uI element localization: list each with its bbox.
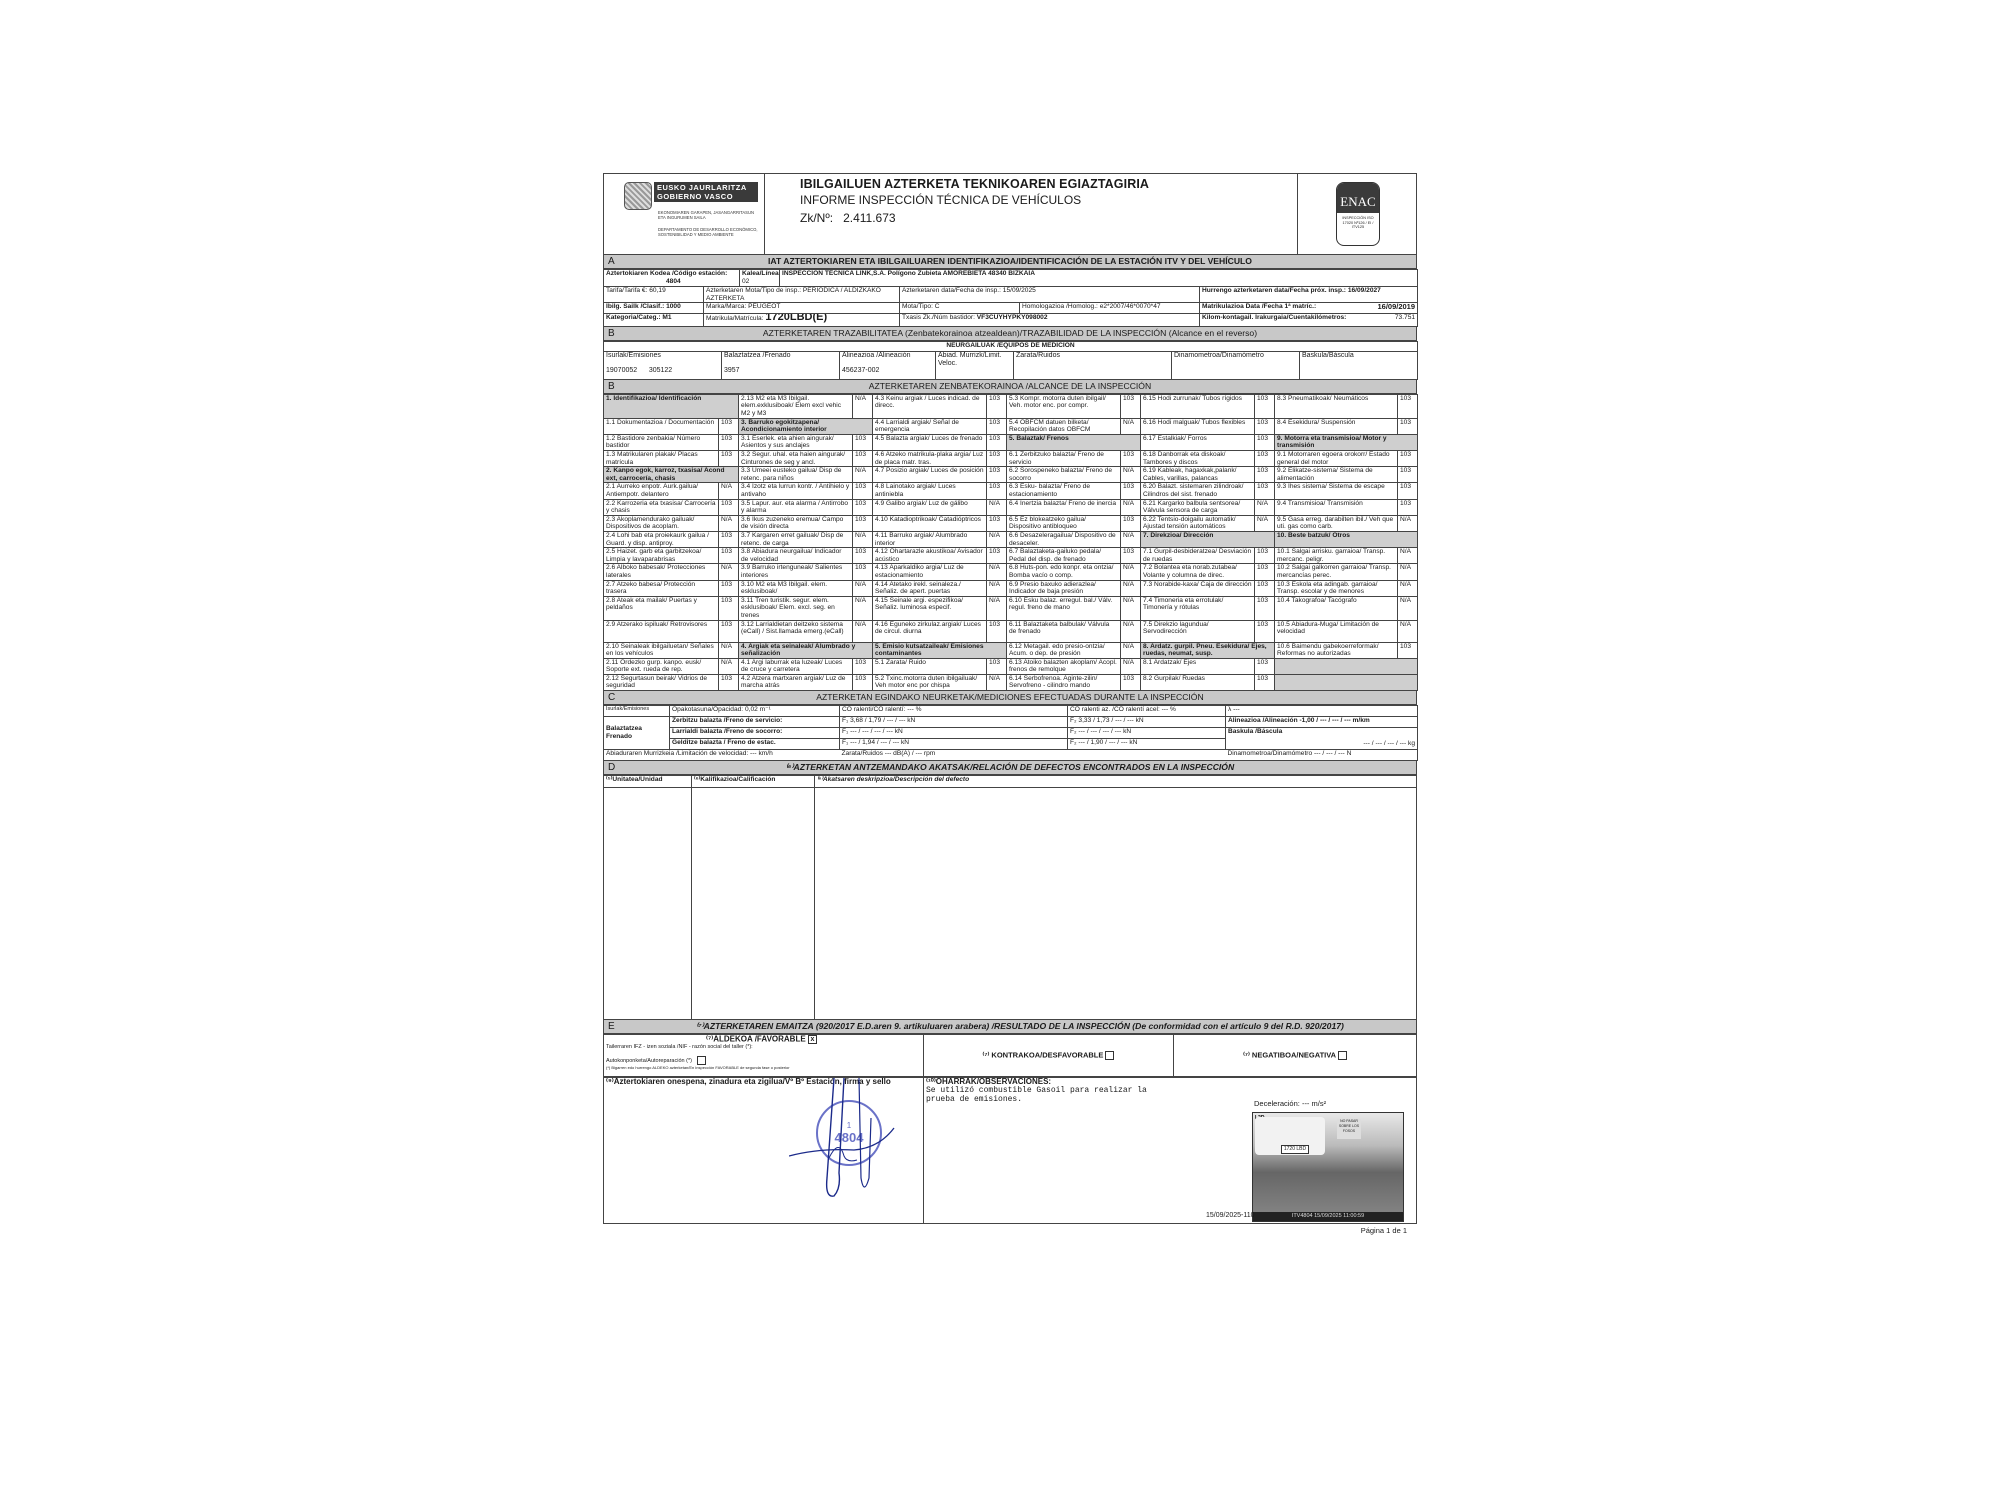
report-title: IBILGAILUEN AZTERKETA TEKNIKOAREN EGIAZT… [765, 174, 1298, 254]
self-repair-checkbox[interactable] [697, 1056, 706, 1065]
scope-item: 5.1 Zarata/ Ruido [873, 658, 987, 674]
scope-item: 3.12 Larrialdietan deitzeko sistema (eCa… [739, 620, 853, 642]
defect-grade-cell [692, 788, 815, 1020]
scope-item: 1.2 Bastidore zenbakia/ Número bastidor [604, 434, 719, 450]
scope-item: 4.15 Seinale argi. espezifikoa/ Señaliz.… [873, 596, 987, 620]
scope-result: 103 [987, 515, 1007, 531]
plate-number: 1720LBD(E) [765, 314, 827, 324]
scope-item: 2.3 Akoplamendurako gailuak/ Dispositivo… [604, 515, 719, 531]
section-a-header: A IAT AZTERTOKIAREN ETA IBILGAILUAREN ID… [603, 255, 1417, 269]
parking-brake-label: Gelditze balazta / Freno de estac. [670, 739, 840, 750]
scale-cell: Baskula /Báscula--- / --- / --- / --- kg [1226, 728, 1418, 750]
scope-result: 103 [719, 434, 739, 450]
scope-group-heading [1275, 658, 1418, 674]
scope-result: N/A [1398, 564, 1418, 580]
scope-item: 4.5 Balazta argiak/ Luces de frenado [873, 434, 987, 450]
scope-row: 2.5 Haizet. garb eta garbitzekoa/ Limpia… [604, 548, 1418, 564]
scope-item: 6.18 Danborrak eta diskoak/ Tambores y d… [1141, 451, 1255, 467]
scope-item: 2.2 Karrozeria eta txasisa/ Carrocería y… [604, 499, 719, 515]
equipment-col-header: Zarata/Ruidos [1014, 352, 1172, 368]
scope-item: 2.4 Lohi bab eta proiekaurk gailua / Gua… [604, 531, 719, 547]
scope-item: 5.3 Kompr. motorra duten ibilgail/ Veh. … [1007, 394, 1121, 418]
equipment-value [936, 367, 1014, 379]
scope-result: 103 [853, 434, 873, 450]
observations-text: Se utilizó combustible Gasoil para reali… [926, 1086, 1156, 1104]
scope-group-heading: 3. Barruko egokitzapena/ Acondicionamien… [739, 418, 873, 434]
document-code: 15/09/2025-110 [1206, 1212, 1255, 1220]
defect-description-cell [815, 788, 1417, 1020]
scope-result: 103 [1255, 434, 1275, 450]
scope-result: N/A [1255, 499, 1275, 515]
scope-result: 103 [1255, 451, 1275, 467]
inspection-report: EUSKO JAURLARITZA GOBIERNO VASCO EKONOMI… [603, 173, 1417, 1235]
scope-item: 7.2 Bolantea eta norab.zutabea/ Volante … [1141, 564, 1255, 580]
scope-row: 2.6 Alboko babesak/ Protecciones lateral… [604, 564, 1418, 580]
scope-item: 5.4 OBFCM datuen bilketa/ Recopilación d… [1007, 418, 1121, 434]
odometer-cell: Kilom-kontagail. Irakurgaia/Cuentakilóme… [1200, 314, 1418, 327]
scope-row: 2.7 Atzeko babesa/ Protección trasera103… [604, 580, 1418, 596]
scope-item: 3.10 M2 eta M3 Ibilgail. elem. esklusibo… [739, 580, 853, 596]
scope-result: 103 [1121, 515, 1141, 531]
title-eu: IBILGAILUEN AZTERKETA TEKNIKOAREN EGIAZT… [800, 177, 1297, 191]
emergency-brake-f2: F₂ --- / --- / --- / --- kN [1068, 728, 1226, 739]
scope-item: 6.5 Ez blokeatzeko gailua/ Dispositivo a… [1007, 515, 1121, 531]
scope-group-heading: 9. Motorra eta transmisioa/ Motor y tran… [1275, 434, 1418, 450]
scope-result: 103 [1255, 580, 1275, 596]
section-b-scope-header: B AZTERKETAREN ZENBATEKORAINOA /ALCANCE … [603, 380, 1417, 394]
equipment-value [1300, 367, 1418, 379]
scope-item: 7.4 Timoneria eta errotulak/ Timonería y… [1141, 596, 1255, 620]
scope-item: 9.5 Gasa erreg. darabilten ibil./ Veh qu… [1275, 515, 1398, 531]
inspection-type: Azterketaren Mota/Tipo de insp.: PERIODI… [704, 287, 900, 303]
scope-result: N/A [987, 564, 1007, 580]
scope-item: 10.4 Takografoa/ Tacógrafo [1275, 596, 1398, 620]
scope-item: 6.14 Serbofrenoa. Aginte-zilin/ Servofre… [1007, 674, 1121, 690]
scope-result: 103 [853, 658, 873, 674]
station-code: Aztertokiaren Kodea /Código estación:480… [604, 270, 740, 287]
unfavorable-cell: ⁽⁷⁾ KONTRAKOA/DESFAVORABLE [924, 1035, 1174, 1077]
scope-item: 6.15 Hodi zurrunak/ Tubos rígidos [1141, 394, 1255, 418]
scope-result: 103 [1121, 483, 1141, 499]
negative-cell: ⁽⁷⁾ NEGATIBOA/NEGATIVA [1174, 1035, 1417, 1077]
org-name: EUSKO JAURLARITZA GOBIERNO VASCO [654, 182, 758, 202]
scope-result: 103 [1398, 499, 1418, 515]
scope-result: 103 [1398, 483, 1418, 499]
scope-result: N/A [1121, 658, 1141, 674]
scope-item: 6.4 Inertzia balazta/ Freno de inercia [1007, 499, 1121, 515]
scope-item: 1.1 Dokumentazioa / Documentación [604, 418, 719, 434]
scope-item: 10.2 Salgai galkorren garraioa/ Transp. … [1275, 564, 1398, 580]
observations-cell: ⁽¹⁰⁾OHARRAK/OBSERVACIONES: Se utilizó co… [924, 1078, 1417, 1224]
scope-item: 3.6 Ikus zuzeneko eremua/ Campo de visió… [739, 515, 853, 531]
department-es: DEPARTAMENTO DE DESARROLLO ECONÓMICO, SO… [658, 227, 758, 237]
scope-item: 2.5 Haizet. garb eta garbitzekoa/ Limpia… [604, 548, 719, 564]
scope-result: 103 [719, 548, 739, 564]
favorable-checkbox[interactable]: x [808, 1035, 817, 1044]
negative-checkbox[interactable] [1338, 1051, 1347, 1060]
scope-result: N/A [1121, 620, 1141, 642]
scope-result: 103 [1255, 467, 1275, 483]
scope-item: 4.4 Larrialdi argiak/ Señal de emergenci… [873, 418, 987, 434]
scope-result: N/A [1398, 548, 1418, 564]
vin-cell: Txasis Zk./Núm bastidor: VF3CUYHYPKY0980… [900, 314, 1200, 327]
scope-item: 6.19 Kableak, hagaxkak,palank/ Cables, v… [1141, 467, 1255, 483]
scope-item: 3.2 Segur. uhal. eta haien aingurak/ Cin… [739, 451, 853, 467]
dynamometer: Dinamometroa/Dinamómetro --- / --- / ---… [1226, 750, 1418, 761]
scope-result: 103 [987, 658, 1007, 674]
scope-result: N/A [719, 564, 739, 580]
scope-item: 6.11 Balaztaketa balbulak/ Válvula de fr… [1007, 620, 1121, 642]
scope-item: 3.3 Umeei eusteko gailua/ Disp de retenc… [739, 467, 853, 483]
page-number: Página 1 de 1 [603, 1226, 1417, 1235]
scope-item: 6.1 Zerbitzuko balazta/ Freno de servici… [1007, 451, 1121, 467]
scope-item: 6.17 Estalkiak/ Forros [1141, 434, 1255, 450]
department-eu: EKONOMIAREN GARAPEN, JASANGARRITASUN ETA… [658, 210, 758, 220]
scope-item: 6.9 Presio baxuko adierazlea/ Indicador … [1007, 580, 1121, 596]
section-b-traceability-header: B AZTERKETAREN TRAZABILITATEA (Zenbateko… [603, 327, 1417, 341]
scope-item: 6.12 Metagail. edo presio-ontzia/ Acum. … [1007, 642, 1121, 658]
enac-logo: ENAC INSPECCIÓN ISO 17020 Nº126 / EI / I… [1298, 174, 1416, 254]
scope-item: 4.12 Ohartarazle akustikoa/ Avisador acú… [873, 548, 987, 564]
scope-group-heading: 5. Emisio kutsatzaileak/ Emisiones conta… [873, 642, 1007, 658]
photo-caption: ITV4804 15/09/2025 11:00:59 [1253, 1212, 1403, 1221]
speed-limit: Abiaduraren Murrizkeia /Limitación de ve… [604, 750, 840, 761]
scope-item: 4.14 Atetako irekl. seinaleza./ Señaliz.… [873, 580, 987, 596]
equipment-value: 3957 [722, 367, 840, 379]
scope-item: 4.2 Atzera martxaren argiak/ Luz de marc… [739, 674, 853, 690]
scope-result: 103 [1398, 418, 1418, 434]
scope-group-heading: 5. Balaztak/ Frenos [1007, 434, 1141, 450]
scope-item: 2.11 Ordezko gurp. kanpo. eusk/ Soporte … [604, 658, 719, 674]
unfavorable-checkbox[interactable] [1105, 1051, 1114, 1060]
vehicle-category: Kategoria/Categ.: M1 [604, 314, 704, 327]
scope-result: N/A [1398, 596, 1418, 620]
co-idle: CO ralenti/CO ralentí: --- % [840, 706, 1068, 717]
scope-item: 4.16 Eguneko zirkulaz.argiak/ Luces de c… [873, 620, 987, 642]
opacity: Opakotasuna/Opacidad: 0,02 m⁻¹ [670, 706, 840, 717]
equipment-value: 19070052 305122 [604, 367, 722, 379]
signature-stamp-icon: 1 4804 [789, 1078, 899, 1208]
equipment-value [1014, 367, 1172, 379]
scope-result: N/A [987, 596, 1007, 620]
scope-item: 6.21 Kargarko balbula sentsorea/ Válvula… [1141, 499, 1255, 515]
equipment-col-header: Balaztatzea /Frenado [722, 352, 840, 368]
scope-result: N/A [719, 483, 739, 499]
scope-result: 103 [987, 483, 1007, 499]
scope-item: 7.3 Norabide-kaxa/ Caja de dirección [1141, 580, 1255, 596]
scope-group-heading: 2. Kanpo egok, karroz, txasisa/ Acond ex… [604, 467, 739, 483]
scope-result: N/A [719, 658, 739, 674]
scope-item: 6.3 Esku- balazta/ Freno de estacionamie… [1007, 483, 1121, 499]
scope-result: 103 [853, 564, 873, 580]
section-e-header: E ⁽⁷⁾AZTERKETAREN EMAITZA (920/2017 E.D.… [603, 1020, 1417, 1034]
measurements-table: Isurlak/Emisiones Opakotasuna/Opacidad: … [603, 705, 1418, 761]
service-brake-f2: F₂ 3,33 / 1,73 / --- / --- kN [1068, 717, 1226, 728]
scope-item: 9.4 Transmisioa/ Transmisión [1275, 499, 1398, 515]
scope-group-heading: 1. Identifikazioa/ Identificación [604, 394, 739, 418]
scope-result: N/A [719, 642, 739, 658]
equipment-col-header: Isurlak/Emisiones [604, 352, 722, 368]
line-cell: Kalea/Línea:02 [740, 270, 780, 287]
scope-item: 10.5 Abiadura-Muga/ Limitación de veloci… [1275, 620, 1398, 642]
scope-item: 9.3 Ihes sistema/ Sistema de escape [1275, 483, 1398, 499]
braking-label: Balaztatzea Frenado [604, 717, 670, 750]
scope-row: 1. Identifikazioa/ Identificación2.13 M2… [604, 394, 1418, 418]
scope-item: 2.9 Atzerako ispiluak/ Retrovisores [604, 620, 719, 642]
equipment-col-header: Abiad. Murrizk/Limit. Veloc. [936, 352, 1014, 368]
scope-item: 6.22 Tentsio-doigailu automatik/ Ajustad… [1141, 515, 1255, 531]
defects-table: ⁽⁵⁾Unitatea/Unidad ⁽⁶⁾Kalifikazioa/Calif… [603, 775, 1417, 1020]
scope-item: 5.2 Txinc.motorra duten ibilgailuak/ Veh… [873, 674, 987, 690]
section-d-header: D ⁽⁶⁾AZTERKETAN ANTZEMANDAKO AKATSAK/REL… [603, 761, 1417, 775]
scope-item: 7.5 Direkzio lagundua/ Servodirección [1141, 620, 1255, 642]
scope-result: N/A [1121, 564, 1141, 580]
scope-result: N/A [1121, 499, 1141, 515]
scope-group-heading [1275, 674, 1418, 690]
equipment-col-header: Dinamometroa/Dinamómetro [1172, 352, 1300, 368]
deceleration: Deceleración: --- m/s² [1254, 1100, 1326, 1108]
gobierno-vasco-logo: EUSKO JAURLARITZA GOBIERNO VASCO EKONOMI… [604, 174, 765, 254]
scope-item: 6.10 Esku balaz. erregul. bal./ Válv. re… [1007, 596, 1121, 620]
scope-result: N/A [853, 531, 873, 547]
scope-item: 2.13 M2 eta M3 Ibilgail. elem.exklusiboa… [739, 394, 853, 418]
scope-result: N/A [719, 515, 739, 531]
section-c-header: C AZTERKETAN EGINDAKO NEURKETAK/MEDICION… [603, 691, 1417, 705]
scope-result: 103 [987, 451, 1007, 467]
scope-group-heading: 7. Direkzioa/ Dirección [1141, 531, 1275, 547]
measurement-equipment-table: NEURGAILUAK /EQUIPOS DE MEDICIÓN Isurlak… [603, 341, 1418, 380]
scope-item: 3.11 Tren turistik. segur. elem. esklusi… [739, 596, 853, 620]
scope-item: 4.10 Katadioptrikoak/ Catadióptricos [873, 515, 987, 531]
plate-cell: Matrikula/Matrícula: 1720LBD(E) [704, 314, 900, 327]
scope-item: 4.8 Lainotako argiak/ Luces antiniebla [873, 483, 987, 499]
col-description: ⁽⁶⁾Akatsaren deskripzioa/Descripción del… [815, 776, 1417, 788]
approval-cell: ⁽⁹⁾Aztertokiaren onespena, zinadura eta … [604, 1078, 924, 1224]
scope-result: 103 [719, 418, 739, 434]
scope-row: 2.8 Ateak eta mailak/ Puertas y peldaños… [604, 596, 1418, 620]
scope-result: N/A [1121, 467, 1141, 483]
scope-result: N/A [1121, 418, 1141, 434]
scope-item: 3.4 Izotz eta lurrun kontr. / Antihielo … [739, 483, 853, 499]
scope-result: 103 [853, 499, 873, 515]
scope-result: 103 [719, 674, 739, 690]
scope-group-heading: 8. Ardatz. gurpil. Pneu. Esekidura/ Ejes… [1141, 642, 1275, 658]
scope-result: 103 [1398, 467, 1418, 483]
alignment: Alineazioa /Alineación -1,00 / --- / ---… [1226, 717, 1418, 728]
scope-item: 3.7 Kargaren erret gailuak/ Disp de rete… [739, 531, 853, 547]
scope-result: 103 [1255, 564, 1275, 580]
scope-result: N/A [1255, 515, 1275, 531]
favorable-cell: ⁽⁷⁾ALDEKOA /FAVORABLE x Tailerraren IFZ … [604, 1035, 924, 1077]
scope-result: 103 [987, 548, 1007, 564]
emissions-label: Isurlak/Emisiones [604, 706, 670, 717]
tariff: Tarifa/Tarifa €: 60,19 [604, 287, 704, 303]
report-header: EUSKO JAURLARITZA GOBIERNO VASCO EKONOMI… [603, 173, 1417, 255]
scope-result: N/A [1121, 580, 1141, 596]
scope-group-heading: 4. Argiak eta seinaleak/ Alumbrado y señ… [739, 642, 873, 658]
scope-result: 103 [1255, 658, 1275, 674]
scope-result: 103 [987, 394, 1007, 418]
scope-result: N/A [853, 620, 873, 642]
scope-item: 6.7 Balaztaketa-gailuko pedala/ Pedal de… [1007, 548, 1121, 564]
scope-item: 8.3 Pneumatikoak/ Neumáticos [1275, 394, 1398, 418]
scope-item: 4.3 Keinu argiak / Luces indicad. de dir… [873, 394, 987, 418]
scope-item: 10.6 Baimendu gabekoerreformak/ Reformas… [1275, 642, 1398, 658]
scope-result: N/A [1398, 515, 1418, 531]
vehicle-identification-table: Aztertokiaren Kodea /Código estación:480… [603, 269, 1418, 327]
scope-result: 103 [853, 483, 873, 499]
scope-item: 2.8 Ateak eta mailak/ Puertas y peldaños [604, 596, 719, 620]
coat-of-arms-icon [624, 182, 652, 210]
scope-item: 3.9 Barruko irtenguneak/ Salientes inter… [739, 564, 853, 580]
scope-item: 6.16 Hodi malguak/ Tubos flexibles [1141, 418, 1255, 434]
homologation: Homologazioa /Homolog.: e2*2007/46*0070*… [1020, 303, 1200, 314]
scope-item: 2.10 Seinaleak ibilgailuetan/ Señales en… [604, 642, 719, 658]
scope-item: 4.7 Posizio argiak/ Luces de posición [873, 467, 987, 483]
scope-group-heading: 10. Beste batzuk/ Otros [1275, 531, 1418, 547]
scope-item: 2.7 Atzeko babesa/ Protección trasera [604, 580, 719, 596]
scope-result: 103 [719, 620, 739, 642]
vehicle-brand: Marka/Marca: PEUGEOT [704, 303, 900, 314]
scope-row: 2.2 Karrozeria eta txasisa/ Carrocería y… [604, 499, 1418, 515]
result-table: ⁽⁷⁾ALDEKOA /FAVORABLE x Tailerraren IFZ … [603, 1034, 1417, 1077]
scope-item: 6.8 Huts-pon. edo konpr. eta ontzia/ Bom… [1007, 564, 1121, 580]
enac-badge-icon: ENAC INSPECCIÓN ISO 17020 Nº126 / EI / I… [1336, 182, 1380, 246]
scope-item: 2.1 Aurreko enpotr. Aurk.gailua/ Antiemp… [604, 483, 719, 499]
scope-item: 4.1 Argi laburrak eta luzeak/ Luces de c… [739, 658, 853, 674]
scope-item: 10.3 Eskola eta adingab. garraioa/ Trans… [1275, 580, 1398, 596]
scope-item: 7.1 Gurpil-desbideratzea/ Desviación de … [1141, 548, 1255, 564]
scope-row: 2.9 Atzerako ispiluak/ Retrovisores1033.… [604, 620, 1418, 642]
scope-row: 2.1 Aurreko enpotr. Aurk.gailua/ Antiemp… [604, 483, 1418, 499]
scope-result: N/A [1121, 596, 1141, 620]
vehicle-class: Ibilg. Sailk /Clasif.: 1000 [604, 303, 704, 314]
scope-row: 1.3 Matrikularen plakak/ Placas matrícul… [604, 451, 1418, 467]
scope-row: 2.10 Seinaleak ibilgailuetan/ Señales en… [604, 642, 1418, 658]
scope-result: N/A [1398, 580, 1418, 596]
approval-observations-table: ⁽⁹⁾Aztertokiaren onespena, zinadura eta … [603, 1077, 1417, 1224]
scope-item: 3.1 Eserlek. eta ahien aingurak/ Asiento… [739, 434, 853, 450]
scope-item: 4.9 Galibo argiak/ Luz de gálibo [873, 499, 987, 515]
scope-result: N/A [853, 596, 873, 620]
scope-result: 103 [719, 499, 739, 515]
scope-item: 2.6 Alboko babesak/ Protecciones lateral… [604, 564, 719, 580]
scope-item: 4.11 Barruko argiak/ Alumbrado interior [873, 531, 987, 547]
col-unit: ⁽⁵⁾Unitatea/Unidad [604, 776, 692, 788]
scope-item: 6.6 Desazeleragailua/ Dispositivo de des… [1007, 531, 1121, 547]
emergency-brake-label: Larrialdi balazta /Freno de socorro: [670, 728, 840, 739]
svg-text:1: 1 [847, 1121, 852, 1130]
scope-item: 9.2 Elikatze-sistema/ Sistema de aliment… [1275, 467, 1398, 483]
scope-result: N/A [987, 674, 1007, 690]
next-inspection-date: Hurrengo azterketaren data/Fecha próx. i… [1200, 287, 1418, 303]
scope-result: 103 [1255, 674, 1275, 690]
equipment-value [1172, 367, 1300, 379]
equipment-col-header: Alineazioa /Alineación [840, 352, 936, 368]
co-idle-accel: CO ralenti az. /CO ralentí acel: --- % [1068, 706, 1226, 717]
scope-result: N/A [987, 580, 1007, 596]
scope-result: 103 [1121, 548, 1141, 564]
scope-item: 6.2 Sorospeneko balazta/ Freno de socorr… [1007, 467, 1121, 483]
scope-result: N/A [853, 467, 873, 483]
equipment-value: 456237-002 [840, 367, 936, 379]
parking-brake-f2: F₂ --- / 1,90 / --- / --- kN [1068, 739, 1226, 750]
col-grade: ⁽⁶⁾Kalifikazioa/Calificación [692, 776, 815, 788]
scope-result: 103 [853, 548, 873, 564]
scope-result: 103 [853, 515, 873, 531]
photo-plate: 1720 LBD [1281, 1145, 1309, 1154]
scope-result: 103 [1255, 418, 1275, 434]
scope-result: N/A [1398, 620, 1418, 642]
scope-item: 10.1 Salgai arrisku. garraioa/ Transp. m… [1275, 548, 1398, 564]
scope-result: 103 [853, 674, 873, 690]
scope-result: 103 [719, 451, 739, 467]
scope-row: 2.3 Akoplamendurako gailuak/ Dispositivo… [604, 515, 1418, 531]
scope-row: 2.11 Ordezko gurp. kanpo. eusk/ Soporte … [604, 658, 1418, 674]
scope-row: 2.12 Segurtasun beirak/ Vidrios de segur… [604, 674, 1418, 690]
scope-item: 8.1 Ardatzak/ Ejes [1141, 658, 1255, 674]
vehicle-type: Mota/Tipo: C [900, 303, 1020, 314]
scope-result: 103 [1398, 394, 1418, 418]
inspection-scope-table: 1. Identifikazioa/ Identificación2.13 M2… [603, 394, 1418, 691]
service-brake-label: Zerbitzu balazta /Freno de servicio: [670, 717, 840, 728]
scope-item: 6.20 Balazt. sistemaren zilindroak/ Cili… [1141, 483, 1255, 499]
inspection-date: Azterketaren data/Fecha de insp.: 15/09/… [900, 287, 1200, 303]
scope-result: 103 [1121, 394, 1141, 418]
scope-result: 103 [1121, 451, 1141, 467]
scope-result: 103 [987, 418, 1007, 434]
scope-result: N/A [987, 499, 1007, 515]
scope-result: N/A [1121, 531, 1141, 547]
scope-item: 3.8 Abiadura neurgailua/ Indicador de ve… [739, 548, 853, 564]
defect-unit-cell [604, 788, 692, 1020]
scope-result: 103 [1255, 394, 1275, 418]
report-number: Zk/Nº: 2.411.673 [800, 211, 1297, 225]
emergency-brake-f1: F₁ --- / --- / --- / --- kN [840, 728, 1068, 739]
first-registration: Matrikulazioa Data /Fecha 1ª matríc.: 16… [1200, 303, 1418, 314]
scope-result: 103 [719, 596, 739, 620]
scope-result: 103 [987, 434, 1007, 450]
scope-item: 8.4 Esekidura/ Suspensión [1275, 418, 1398, 434]
scope-result: 103 [987, 620, 1007, 642]
scope-item: 9.1 Motorraren egoera orokorr/ Estado ge… [1275, 451, 1398, 467]
scope-row: 2.4 Lohi bab eta proiekaurk gailua / Gua… [604, 531, 1418, 547]
scope-item: 2.12 Segurtasun beirak/ Vidrios de segur… [604, 674, 719, 690]
lambda: λ --- [1226, 706, 1418, 717]
noise: Zarata/Ruidos --- dB(A) / --- rpm [840, 750, 1226, 761]
scope-result: 103 [1255, 620, 1275, 642]
service-brake-f1: F₁ 3,68 / 1,79 / --- / --- kN [840, 717, 1068, 728]
scope-result: 103 [1121, 674, 1141, 690]
parking-brake-f1: F₁ --- / 1,94 / --- / --- kN [840, 739, 1068, 750]
scope-item: 3.5 Lapur. aur. eta alarma / Antirrobo y… [739, 499, 853, 515]
scope-result: 103 [719, 531, 739, 547]
scope-result: N/A [853, 580, 873, 596]
equipment-title: NEURGAILUAK /EQUIPOS DE MEDICIÓN [604, 342, 1418, 352]
scope-result: 103 [987, 467, 1007, 483]
scope-item: 4.6 Atzeko matrikula-plaka argia/ Luz de… [873, 451, 987, 467]
scope-result: N/A [853, 394, 873, 418]
scope-result: 103 [719, 580, 739, 596]
scope-result: 103 [1398, 642, 1418, 658]
equipment-col-header: Baskula/Báscula [1300, 352, 1418, 368]
station-name: INSPECCIÓN TÉCNICA LINK,S.A. Polígono Zu… [780, 270, 1418, 287]
scope-row: 1.1 Dokumentazioa / Documentación1033. B… [604, 418, 1418, 434]
scope-item: 1.3 Matrikularen plakak/ Placas matrícul… [604, 451, 719, 467]
scope-item: 8.2 Gurpilak/ Ruedas [1141, 674, 1255, 690]
scope-result: 103 [1255, 548, 1275, 564]
scope-row: 2. Kanpo egok, karroz, txasisa/ Acond ex… [604, 467, 1418, 483]
